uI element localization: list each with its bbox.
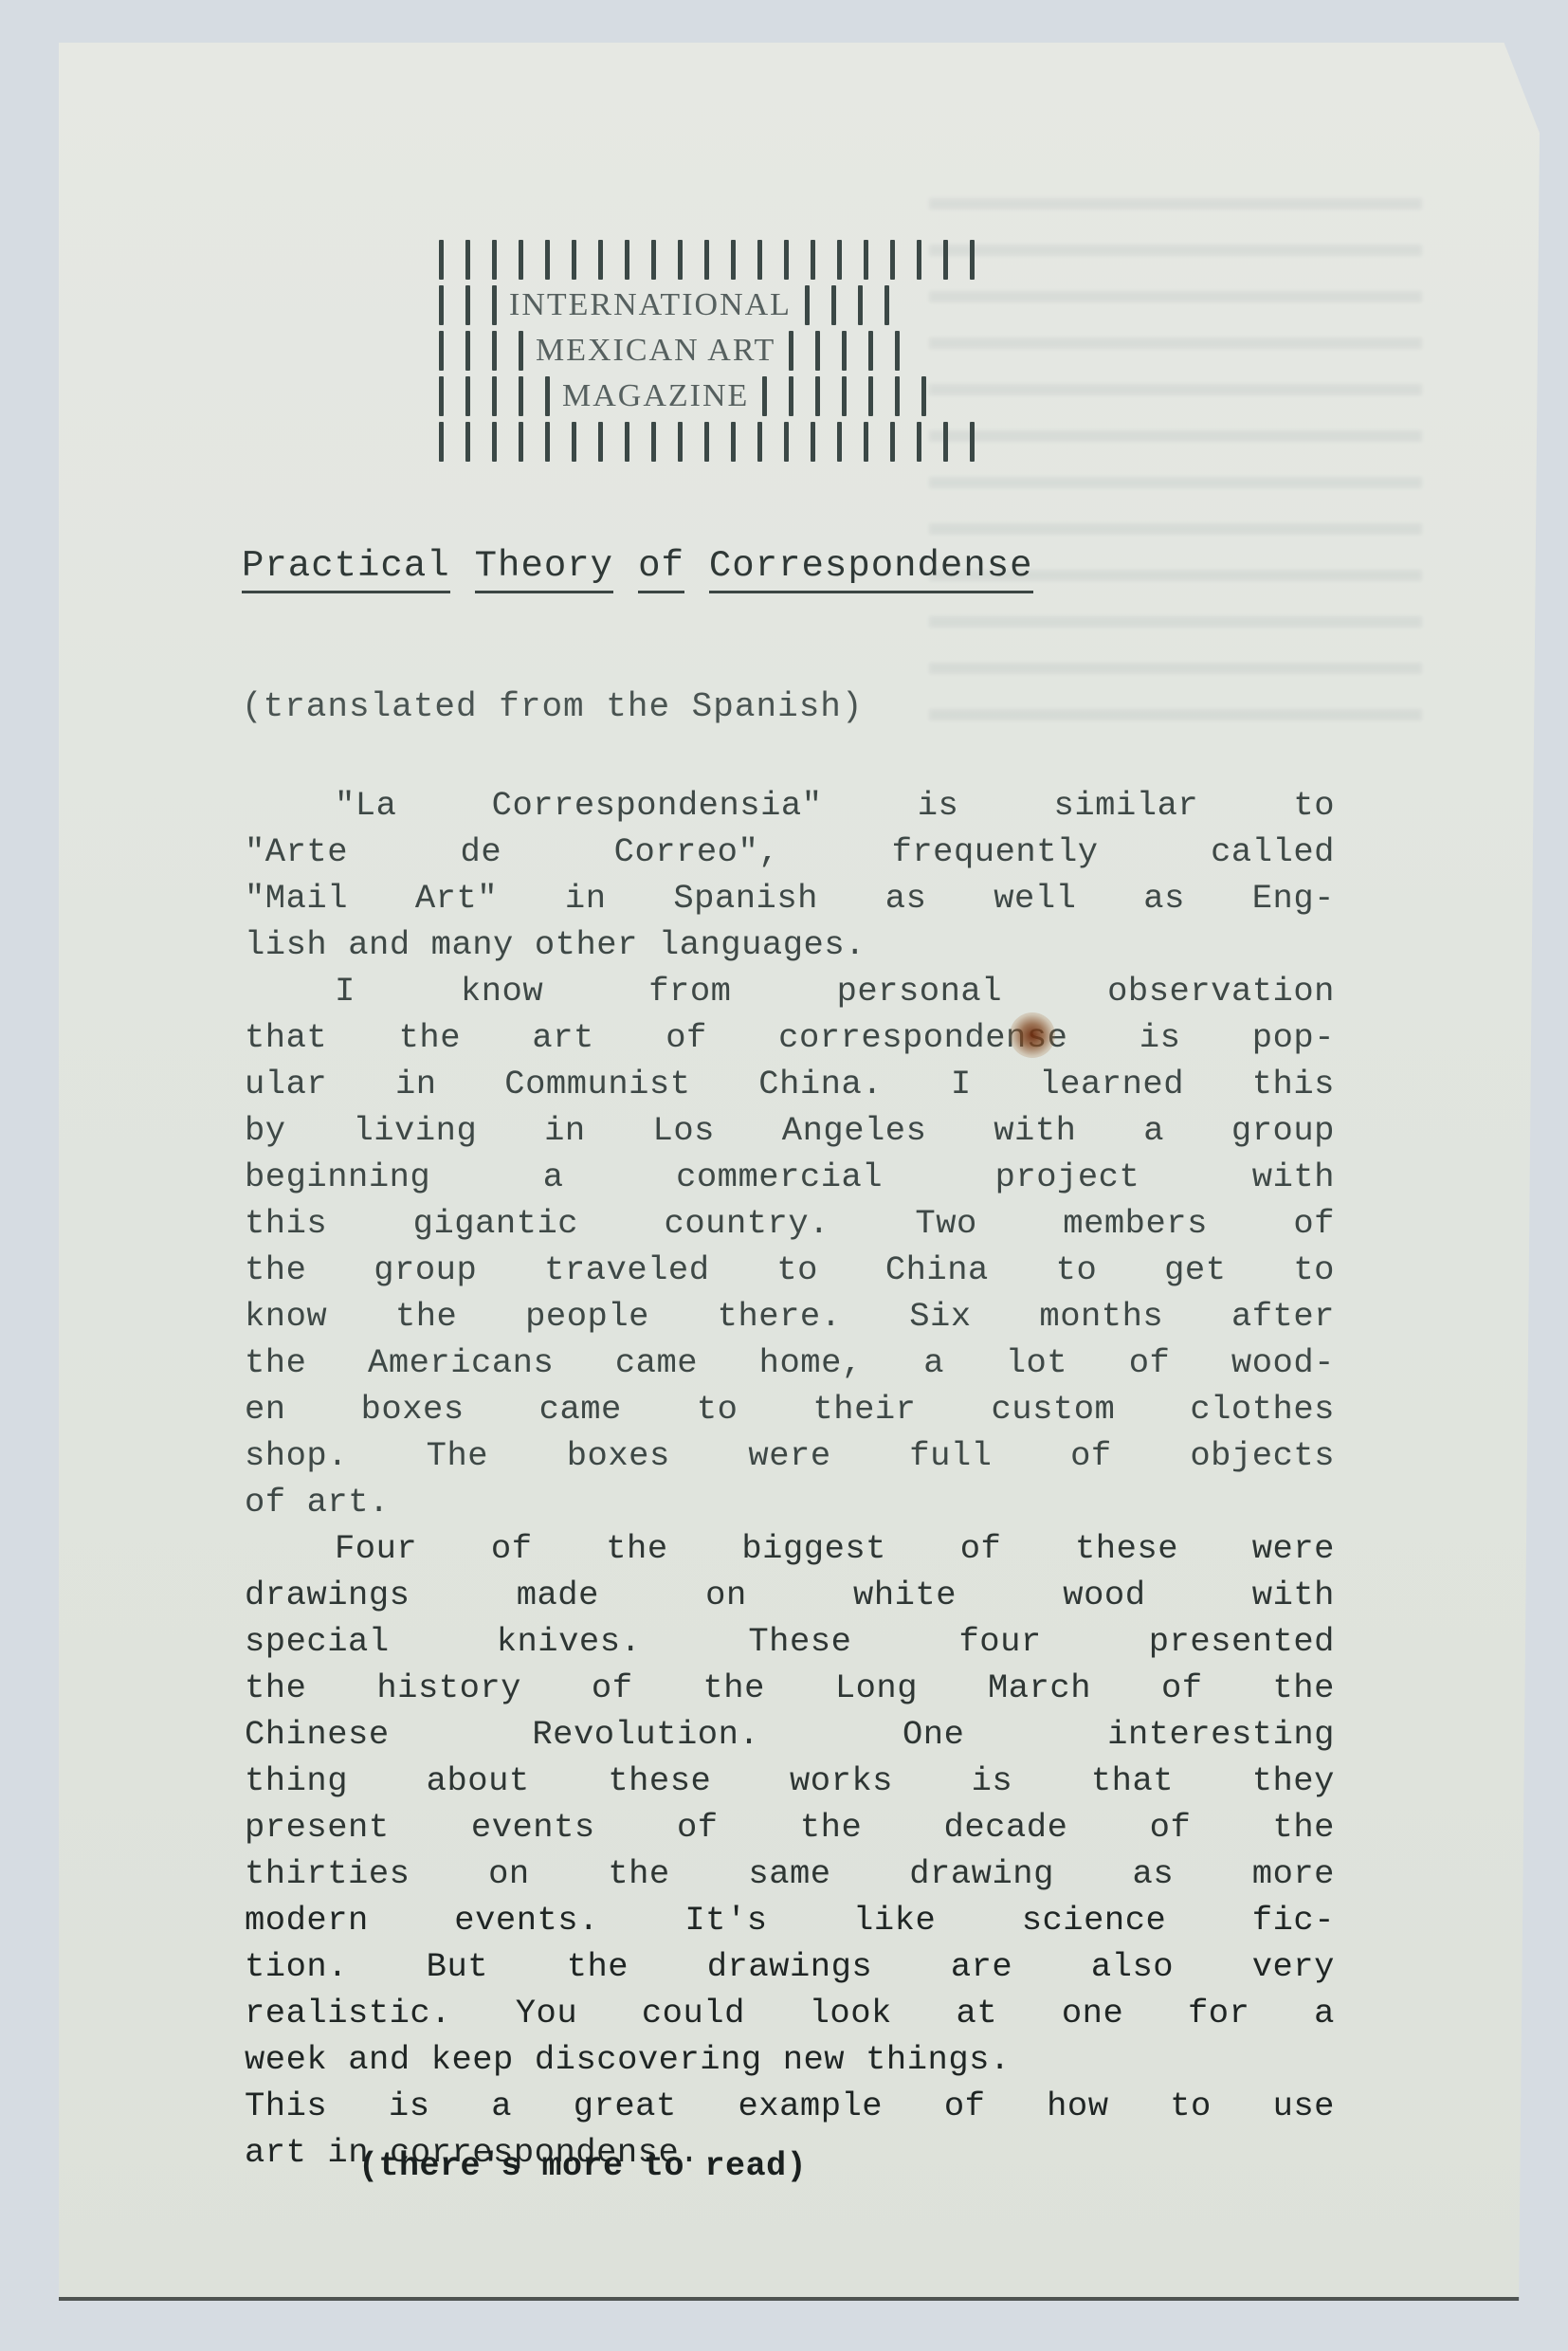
masthead-bar — [465, 285, 470, 325]
text-line: ularinCommunistChina.Ilearnedthis — [245, 1061, 1335, 1107]
masthead-bar — [811, 240, 815, 280]
masthead-bar — [917, 240, 921, 280]
masthead-bar — [598, 422, 603, 462]
text-line: modernevents.It'slikesciencefic- — [245, 1897, 1335, 1943]
masthead-bar — [465, 240, 470, 280]
text-line: thegrouptraveledtoChinatogetto — [245, 1247, 1335, 1293]
masthead-bar — [465, 331, 470, 371]
masthead-bar — [815, 376, 820, 416]
masthead-bar — [970, 422, 975, 462]
text-line: knowthepeoplethere.Sixmonthsafter — [245, 1293, 1335, 1340]
masthead-row — [439, 419, 996, 465]
continued-note: (there's more to read) — [358, 2147, 807, 2185]
masthead-bar — [784, 422, 789, 462]
masthead-bar — [811, 422, 815, 462]
text-line: specialknives.Thesefourpresented — [245, 1618, 1335, 1665]
text-line: ofart. — [245, 1479, 1335, 1525]
masthead-bar — [519, 331, 523, 371]
masthead-row: MEXICAN ART — [439, 328, 996, 374]
masthead-bar — [757, 422, 762, 462]
text-line: "ArtedeCorreo",frequentlycalled — [245, 829, 1335, 875]
masthead-bar — [943, 240, 948, 280]
masthead-row: MAGAZINE — [439, 374, 996, 419]
title-word: of — [638, 545, 684, 593]
masthead-bar — [895, 376, 900, 416]
text-line: thisgiganticcountry.Twomembersof — [245, 1200, 1335, 1247]
text-line: Thisisagreatexampleofhowtouse — [245, 2083, 1335, 2129]
text-line: Iknowfrompersonalobservation — [245, 968, 1335, 1014]
text-line: thingabouttheseworksisthatthey — [245, 1758, 1335, 1804]
masthead-row — [439, 237, 996, 282]
masthead-row: INTERNATIONAL — [439, 282, 996, 328]
masthead-bar — [545, 376, 550, 416]
masthead-bar — [492, 285, 497, 325]
masthead-text: MEXICAN ART — [536, 328, 775, 374]
masthead-bar — [439, 331, 444, 371]
masthead-bar — [895, 331, 900, 371]
text-line: bylivinginLosAngeleswithagroup — [245, 1107, 1335, 1154]
masthead-bar — [439, 285, 444, 325]
masthead-bar — [815, 331, 820, 371]
masthead-bar — [837, 422, 842, 462]
masthead-bar — [837, 240, 842, 280]
text-line: ChineseRevolution.Oneinteresting — [245, 1711, 1335, 1758]
masthead-bar — [465, 376, 470, 416]
masthead-bar — [545, 422, 550, 462]
masthead-bar — [704, 240, 709, 280]
title-word: Practical — [242, 545, 450, 593]
masthead-bar — [651, 422, 656, 462]
masthead-text: INTERNATIONAL — [509, 282, 792, 328]
masthead-bar — [890, 422, 895, 462]
masthead-bar — [731, 422, 736, 462]
masthead-bar — [704, 422, 709, 462]
masthead-bar — [842, 376, 847, 416]
masthead-bar — [492, 331, 497, 371]
masthead-bar — [519, 422, 523, 462]
masthead-bar — [805, 285, 810, 325]
masthead-bar — [864, 422, 868, 462]
masthead-bar — [858, 285, 863, 325]
text-line: presenteventsofthedecadeofthe — [245, 1804, 1335, 1850]
masthead-bar — [519, 376, 523, 416]
masthead-bar — [625, 422, 629, 462]
text-line: tion.Butthedrawingsarealsovery — [245, 1943, 1335, 1990]
text-line: "MailArt"inSpanishaswellasEng- — [245, 875, 1335, 921]
masthead-bar — [757, 240, 762, 280]
masthead-bar — [943, 422, 948, 462]
masthead-bar — [598, 240, 603, 280]
masthead-bar — [784, 240, 789, 280]
masthead-bar — [545, 240, 550, 280]
masthead-bar — [492, 240, 497, 280]
masthead-bar — [519, 240, 523, 280]
bleed-through-text — [929, 166, 1422, 754]
masthead-bar — [439, 422, 444, 462]
masthead-bar — [678, 422, 683, 462]
masthead-bar — [465, 422, 470, 462]
masthead-bar — [864, 240, 868, 280]
text-line: Fourofthebiggestofthesewere — [245, 1525, 1335, 1572]
masthead-bar — [884, 285, 889, 325]
masthead-bar — [492, 422, 497, 462]
title-word: Theory — [475, 545, 613, 593]
masthead-bar — [842, 331, 847, 371]
translation-note: (translated from the Spanish) — [242, 687, 864, 726]
masthead-bar — [921, 376, 926, 416]
masthead-bar — [439, 240, 444, 280]
masthead-bar — [789, 331, 793, 371]
text-line: theAmericanscamehome,alotofwood- — [245, 1340, 1335, 1386]
masthead-bar — [762, 376, 767, 416]
masthead-bar — [492, 376, 497, 416]
text-line: weekandkeepdiscoveringnewthings. — [245, 2036, 1335, 2083]
title-word: Correspondense — [709, 545, 1033, 593]
text-line: enboxescametotheircustomclothes — [245, 1386, 1335, 1432]
masthead-bar — [572, 240, 576, 280]
masthead-bar — [439, 376, 444, 416]
article-title: PracticalTheoryofCorrespondense — [242, 545, 1058, 593]
masthead-bar — [572, 422, 576, 462]
masthead-bar — [917, 422, 921, 462]
text-line: realistic.Youcouldlookatonefora — [245, 1990, 1335, 2036]
masthead-bar — [731, 240, 736, 280]
masthead-logo: INTERNATIONALMEXICAN ARTMAGAZINE — [439, 237, 996, 465]
text-line: thirtiesonthesamedrawingasmore — [245, 1850, 1335, 1897]
text-line: beginningacommercialprojectwith — [245, 1154, 1335, 1200]
masthead-text: MAGAZINE — [562, 374, 749, 419]
coffee-stain — [1010, 1012, 1055, 1058]
masthead-bar — [868, 331, 873, 371]
text-line: "LaCorrespondensia"issimilarto — [245, 782, 1335, 829]
masthead-bar — [678, 240, 683, 280]
text-line: lishandmanyotherlanguages. — [245, 921, 1335, 968]
masthead-bar — [625, 240, 629, 280]
masthead-bar — [868, 376, 873, 416]
text-line: thehistoryoftheLongMarchofthe — [245, 1665, 1335, 1711]
masthead-bar — [890, 240, 895, 280]
text-line: drawingsmadeonwhitewoodwith — [245, 1572, 1335, 1618]
masthead-bar — [831, 285, 836, 325]
masthead-bar — [651, 240, 656, 280]
text-line: shop.Theboxeswerefullofobjects — [245, 1432, 1335, 1479]
article-body: "LaCorrespondensia"issimilarto"ArtedeCor… — [245, 782, 1335, 2176]
masthead-bar — [970, 240, 975, 280]
text-line: thattheartofcorrespondenseispop- — [245, 1014, 1335, 1061]
masthead-bar — [789, 376, 793, 416]
